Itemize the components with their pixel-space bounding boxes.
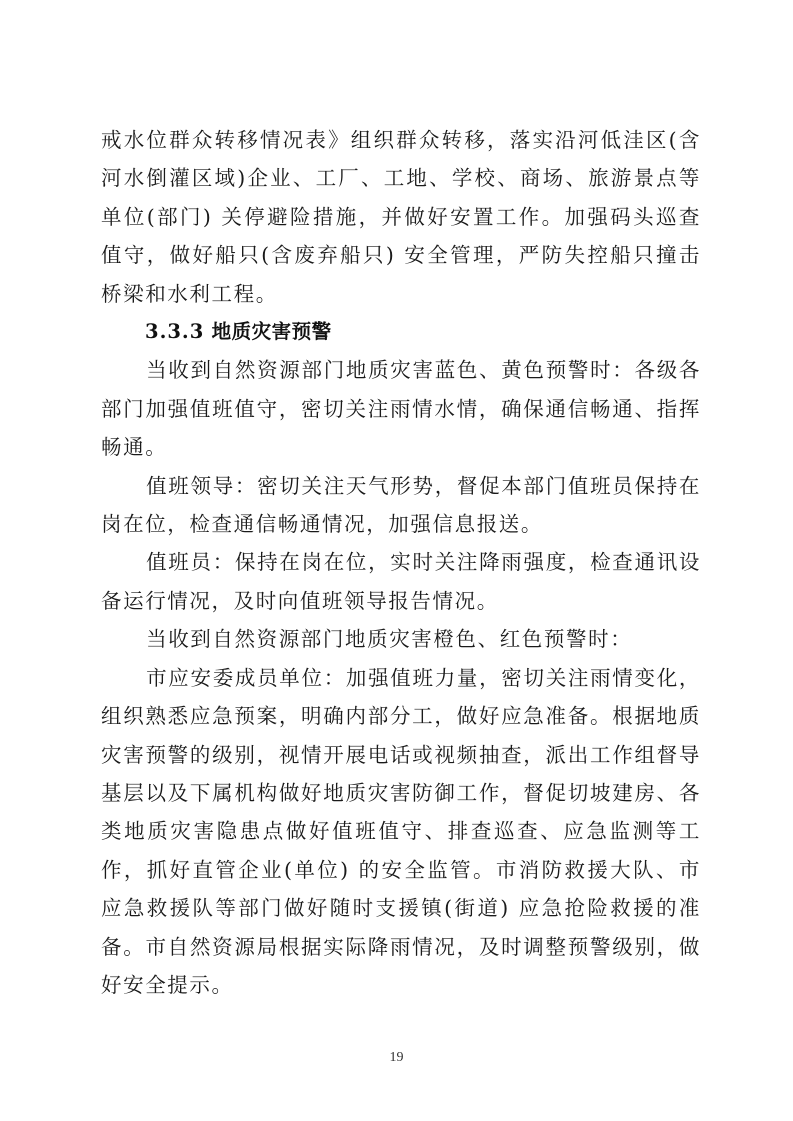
paragraph-duty-leader: 值班领导：密切关注天气形势，督促本部门值班员保持在岗在位，检查通信畅通情况，加强… [101, 467, 701, 544]
paragraph-member-units: 市应安委成员单位：加强值班力量，密切关注雨情变化，组织熟悉应急预案，明确内部分工… [101, 659, 701, 1005]
section-title: 地质灾害预警 [212, 320, 332, 343]
continued-paragraph: 戒水位群众转移情况表》组织群众转移，落实沿河低洼区(含河水倒灌区域)企业、工厂、… [101, 121, 701, 313]
paragraph-duty-officer: 值班员：保持在岗在位，实时关注降雨强度，检查通讯设备运行情况，及时向值班领导报告… [101, 543, 701, 620]
section-heading: 3.3.3 地质灾害预警 [101, 313, 701, 351]
page-content: 戒水位群众转移情况表》组织群众转移，落实沿河低洼区(含河水倒灌区域)企业、工厂、… [101, 121, 701, 1004]
page-number: 19 [0, 1050, 793, 1066]
document-page: 戒水位群众转移情况表》组织群众转移，落实沿河低洼区(含河水倒灌区域)企业、工厂、… [0, 0, 793, 1121]
section-number: 3.3.3 [145, 320, 204, 343]
paragraph-blue-yellow-warning: 当收到自然资源部门地质灾害蓝色、黄色预警时：各级各部门加强值班值守，密切关注雨情… [101, 351, 701, 466]
paragraph-orange-red-warning: 当收到自然资源部门地质灾害橙色、红色预警时： [101, 620, 701, 658]
